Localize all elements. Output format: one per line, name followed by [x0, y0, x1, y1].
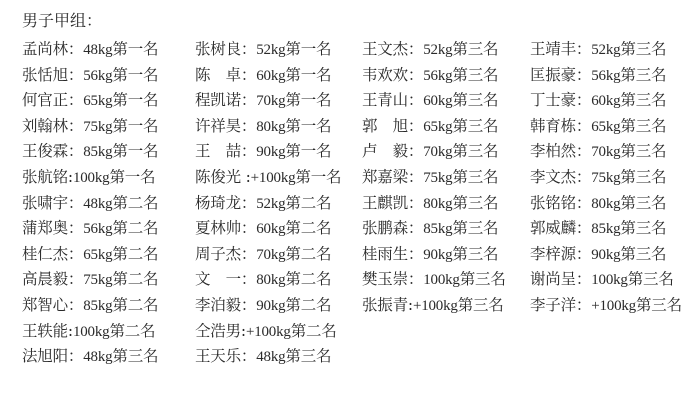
placement: 第二名: [285, 245, 331, 263]
result-entry: 陈俊光 :+100kg第一名: [195, 165, 341, 190]
athlete-name: 张鹏森: [362, 219, 408, 237]
athlete-name: 郑智心: [22, 296, 68, 314]
separator: ：: [576, 117, 591, 135]
weight-class: 48kg: [83, 42, 112, 58]
result-entry: 卢 毅：70kg第三名: [362, 139, 498, 164]
separator: ：: [408, 219, 423, 237]
separator: ：: [68, 194, 83, 212]
weight-class: 56kg: [423, 68, 452, 84]
results-row: 高晨毅：75kg第二名 文 一：80kg第二名 樊玉崇：100kg第三名 谢尚呈…: [0, 267, 700, 293]
placement: 第三名: [620, 219, 666, 237]
weight-class: 70kg: [256, 247, 285, 263]
placement: 第三名: [452, 245, 498, 263]
result-entry: 王轶能:100kg第二名: [22, 319, 155, 344]
separator: ：: [241, 142, 256, 160]
weight-class: 90kg: [256, 144, 285, 160]
results-row: 张恬旭：56kg第一名 陈 卓：60kg第一名 韦欢欢：56kg第三名 匡振豪：…: [0, 63, 700, 89]
placement: 第三名: [460, 270, 506, 288]
separator: ：: [408, 66, 423, 84]
weight-class: 75kg: [591, 170, 620, 186]
athlete-name: 王文杰: [362, 40, 408, 58]
weight-class: 60kg: [256, 68, 285, 84]
separator: ：: [576, 219, 591, 237]
athlete-name: 李子洋: [530, 296, 576, 314]
result-entry: 何官正：65kg第一名: [22, 88, 158, 113]
placement: 第一名: [295, 168, 341, 186]
result-entry: 郭 旭：65kg第三名: [362, 114, 498, 139]
athlete-name: 桂仁杰: [22, 245, 68, 263]
weight-class: 60kg: [591, 93, 620, 109]
separator: ：: [408, 270, 423, 288]
weight-class: 85kg: [423, 221, 452, 237]
separator: ：: [576, 40, 591, 58]
weight-class: 60kg: [423, 93, 452, 109]
athlete-name: 匡振豪: [530, 66, 576, 84]
weight-class: 48kg: [83, 349, 112, 365]
results-row: 何官正：65kg第一名 程凯诺：70kg第一名 王青山：60kg第三名 丁士豪：…: [0, 88, 700, 114]
placement: 第二名: [112, 245, 158, 263]
athlete-name: 王轶能: [22, 322, 68, 340]
result-entry: 法旭阳：48kg第三名: [22, 344, 158, 369]
result-entry: 张振青:+100kg第三名: [362, 293, 504, 318]
weight-class: +100kg: [591, 298, 636, 314]
results-row: 王轶能:100kg第二名 仝浩男:+100kg第二名: [0, 319, 700, 345]
result-entry: 仝浩男:+100kg第二名: [195, 319, 337, 344]
result-entry: 张铭铭：80kg第三名: [530, 191, 666, 216]
athlete-name: 蒲郑奥: [22, 219, 68, 237]
athlete-name: 法旭阳: [22, 347, 68, 365]
result-entry: 孟尚林：48kg第一名: [22, 37, 158, 62]
placement: 第二名: [285, 270, 331, 288]
result-entry: 李子洋：+100kg第三名: [530, 293, 682, 318]
placement: 第三名: [628, 270, 674, 288]
weight-class: 80kg: [256, 272, 285, 288]
athlete-name: 杨琦龙: [195, 194, 241, 212]
athlete-name: 韦欢欢: [362, 66, 408, 84]
athlete-name: 刘翰林: [22, 117, 68, 135]
athlete-name: 张树良: [195, 40, 241, 58]
athlete-name: 仝浩男: [195, 322, 241, 340]
placement: 第三名: [620, 117, 666, 135]
separator: ：: [576, 296, 591, 314]
weight-class: 52kg: [423, 42, 452, 58]
result-entry: 夏林帅：60kg第二名: [195, 216, 331, 241]
result-entry: 丁士豪：60kg第三名: [530, 88, 666, 113]
weight-class: 85kg: [83, 144, 112, 160]
weight-class: 52kg: [256, 42, 285, 58]
result-entry: 桂雨生：90kg第三名: [362, 242, 498, 267]
result-entry: 樊玉崇：100kg第三名: [362, 267, 506, 292]
placement: 第三名: [620, 168, 666, 186]
placement: 第三名: [620, 245, 666, 263]
result-entry: 王麒凯：80kg第三名: [362, 191, 498, 216]
result-entry: 王靖丰：52kg第三名: [530, 37, 666, 62]
separator: ：: [576, 142, 591, 160]
athlete-name: 张铭铭: [530, 194, 576, 212]
separator: ：: [68, 245, 83, 263]
athlete-name: 陈 卓: [195, 66, 241, 84]
separator: ：: [68, 347, 83, 365]
result-entry: 李泊毅：90kg第二名: [195, 293, 331, 318]
placement: 第二名: [285, 296, 331, 314]
separator: ：: [68, 219, 83, 237]
placement: 第三名: [620, 40, 666, 58]
placement: 第三名: [620, 194, 666, 212]
result-entry: 郑嘉梁：75kg第三名: [362, 165, 498, 190]
result-entry: 杨琦龙：52kg第二名: [195, 191, 331, 216]
athlete-name: 张啸宇: [22, 194, 68, 212]
weight-class: 48kg: [256, 349, 285, 365]
separator: ：: [576, 270, 591, 288]
weight-class: 85kg: [83, 298, 112, 314]
separator: ：: [241, 219, 256, 237]
athlete-name: 许祥昊: [195, 117, 241, 135]
placement: 第三名: [636, 296, 682, 314]
results-row: 郑智心：85kg第二名 李泊毅：90kg第二名 张振青:+100kg第三名 李子…: [0, 293, 700, 319]
results-row: 孟尚林：48kg第一名 张树良：52kg第一名 王文杰：52kg第三名 王靖丰：…: [0, 37, 700, 63]
result-entry: 张恬旭：56kg第一名: [22, 63, 158, 88]
placement: 第三名: [620, 66, 666, 84]
result-entry: 匡振豪：56kg第三名: [530, 63, 666, 88]
results-row: 桂仁杰：65kg第二名 周子杰：70kg第二名 桂雨生：90kg第三名 李梓源：…: [0, 242, 700, 268]
result-entry: 郭威麟：85kg第三名: [530, 216, 666, 241]
result-entry: 王 喆：90kg第一名: [195, 139, 331, 164]
separator: ：: [408, 194, 423, 212]
separator: ：: [241, 194, 256, 212]
athlete-name: 高晨毅: [22, 270, 68, 288]
separator: ：: [408, 168, 423, 186]
weight-class: 75kg: [83, 119, 112, 135]
results-document: 男子甲组： 孟尚林：48kg第一名 张树良：52kg第一名 王文杰：52kg第三…: [0, 0, 700, 394]
athlete-name: 张恬旭: [22, 66, 68, 84]
result-entry: 王天乐：48kg第三名: [195, 344, 331, 369]
athlete-name: 王俊霖: [22, 142, 68, 160]
results-grid: 孟尚林：48kg第一名 张树良：52kg第一名 王文杰：52kg第三名 王靖丰：…: [0, 37, 700, 370]
result-entry: 韩育栋：65kg第三名: [530, 114, 666, 139]
result-entry: 王青山：60kg第三名: [362, 88, 498, 113]
result-entry: 文 一：80kg第二名: [195, 267, 331, 292]
result-entry: 许祥昊：80kg第一名: [195, 114, 331, 139]
placement: 第一名: [112, 40, 158, 58]
separator: ：: [408, 40, 423, 58]
separator: ：: [241, 296, 256, 314]
athlete-name: 郭威麟: [530, 219, 576, 237]
placement: 第一名: [285, 142, 331, 160]
athlete-name: 周子杰: [195, 245, 241, 263]
separator: ：: [241, 270, 256, 288]
athlete-name: 韩育栋: [530, 117, 576, 135]
separator: ：: [576, 91, 591, 109]
separator: ：: [241, 40, 256, 58]
athlete-name: 樊玉崇: [362, 270, 408, 288]
separator: ：: [241, 245, 256, 263]
athlete-name: 王 喆: [195, 142, 241, 160]
weight-class: 56kg: [83, 68, 112, 84]
separator: ：: [68, 296, 83, 314]
results-row: 张航铭:100kg第一名 陈俊光 :+100kg第一名 郑嘉梁：75kg第三名 …: [0, 165, 700, 191]
placement: 第三名: [452, 194, 498, 212]
athlete-name: 王麒凯: [362, 194, 408, 212]
separator: ：: [68, 270, 83, 288]
placement: 第三名: [285, 347, 331, 365]
athlete-name: 陈俊光: [195, 168, 241, 186]
placement: 第三名: [620, 91, 666, 109]
athlete-name: 谢尚呈: [530, 270, 576, 288]
separator: ：: [576, 168, 591, 186]
weight-class: 85kg: [591, 221, 620, 237]
separator: ：: [68, 91, 83, 109]
result-entry: 李梓源：90kg第三名: [530, 242, 666, 267]
placement: 第一名: [112, 66, 158, 84]
athlete-name: 王青山: [362, 91, 408, 109]
weight-class: 90kg: [591, 247, 620, 263]
placement: 第三名: [458, 296, 504, 314]
result-entry: 韦欢欢：56kg第三名: [362, 63, 498, 88]
placement: 第二名: [291, 322, 337, 340]
placement: 第三名: [112, 347, 158, 365]
result-entry: 王文杰：52kg第三名: [362, 37, 498, 62]
weight-class: 65kg: [83, 93, 112, 109]
result-entry: 周子杰：70kg第二名: [195, 242, 331, 267]
weight-class: 56kg: [83, 221, 112, 237]
weight-class: 100kg: [73, 324, 110, 340]
placement: 第三名: [452, 117, 498, 135]
placement: 第三名: [452, 40, 498, 58]
athlete-name: 桂雨生: [362, 245, 408, 263]
athlete-name: 李文杰: [530, 168, 576, 186]
placement: 第三名: [452, 142, 498, 160]
weight-class: 65kg: [83, 247, 112, 263]
weight-class: 90kg: [423, 247, 452, 263]
result-entry: 陈 卓：60kg第一名: [195, 63, 331, 88]
weight-class: 80kg: [591, 196, 620, 212]
weight-class: +100kg: [413, 298, 458, 314]
separator: ：: [408, 91, 423, 109]
result-entry: 张啸宇：48kg第二名: [22, 191, 158, 216]
weight-class: 48kg: [83, 196, 112, 212]
weight-class: 65kg: [423, 119, 452, 135]
placement: 第一名: [112, 142, 158, 160]
athlete-name: 张航铭: [22, 168, 68, 186]
results-row: 法旭阳：48kg第三名 王天乐：48kg第三名: [0, 344, 700, 370]
athlete-name: 何官正: [22, 91, 68, 109]
weight-class: 80kg: [423, 196, 452, 212]
weight-class: 75kg: [423, 170, 452, 186]
weight-class: 90kg: [256, 298, 285, 314]
result-entry: 王俊霖：85kg第一名: [22, 139, 158, 164]
weight-class: 70kg: [256, 93, 285, 109]
result-entry: 蒲郑奥：56kg第二名: [22, 216, 158, 241]
result-entry: 张航铭:100kg第一名: [22, 165, 155, 190]
athlete-name: 张振青: [362, 296, 408, 314]
results-row: 蒲郑奥：56kg第二名 夏林帅：60kg第二名 张鹏森：85kg第三名 郭威麟：…: [0, 216, 700, 242]
athlete-name: 郑嘉梁: [362, 168, 408, 186]
placement: 第一名: [285, 40, 331, 58]
placement: 第三名: [452, 168, 498, 186]
placement: 第一名: [285, 91, 331, 109]
placement: 第二名: [112, 194, 158, 212]
weight-class: 100kg: [591, 272, 628, 288]
athlete-name: 李柏然: [530, 142, 576, 160]
placement: 第三名: [452, 219, 498, 237]
athlete-name: 夏林帅: [195, 219, 241, 237]
group-title: 男子甲组：: [22, 10, 102, 32]
separator: ：: [408, 142, 423, 160]
weight-class: 75kg: [83, 272, 112, 288]
result-entry: 刘翰林：75kg第一名: [22, 114, 158, 139]
placement: 第二名: [112, 219, 158, 237]
placement: 第二名: [112, 296, 158, 314]
placement: 第二名: [285, 219, 331, 237]
athlete-name: 程凯诺: [195, 91, 241, 109]
result-entry: 李文杰：75kg第三名: [530, 165, 666, 190]
result-entry: 高晨毅：75kg第二名: [22, 267, 158, 292]
athlete-name: 丁士豪: [530, 91, 576, 109]
separator: ：: [68, 117, 83, 135]
separator: ：: [68, 40, 83, 58]
placement: 第三名: [452, 66, 498, 84]
athlete-name: 李泊毅: [195, 296, 241, 314]
separator: ：: [408, 117, 423, 135]
separator: ：: [241, 66, 256, 84]
athlete-name: 文 一: [195, 270, 241, 288]
separator: ：: [68, 142, 83, 160]
separator: ：: [408, 245, 423, 263]
result-entry: 张鹏森：85kg第三名: [362, 216, 498, 241]
weight-class: 56kg: [591, 68, 620, 84]
athlete-name: 卢 毅: [362, 142, 408, 160]
result-entry: 桂仁杰：65kg第二名: [22, 242, 158, 267]
results-row: 张啸宇：48kg第二名 杨琦龙：52kg第二名 王麒凯：80kg第三名 张铭铭：…: [0, 191, 700, 217]
weight-class: 52kg: [591, 42, 620, 58]
weight-class: 65kg: [591, 119, 620, 135]
weight-class: 52kg: [256, 196, 285, 212]
athlete-name: 李梓源: [530, 245, 576, 263]
placement: 第三名: [452, 91, 498, 109]
separator: ：: [576, 66, 591, 84]
weight-class: +100kg: [246, 324, 291, 340]
athlete-name: 王天乐: [195, 347, 241, 365]
weight-class: 80kg: [256, 119, 285, 135]
athlete-name: 郭 旭: [362, 117, 408, 135]
placement: 第二名: [112, 270, 158, 288]
weight-class: +100kg: [251, 170, 296, 186]
separator: :: [241, 168, 251, 186]
separator: ：: [576, 245, 591, 263]
placement: 第一名: [285, 66, 331, 84]
placement: 第一名: [112, 91, 158, 109]
weight-class: 60kg: [256, 221, 285, 237]
results-row: 刘翰林：75kg第一名 许祥昊：80kg第一名 郭 旭：65kg第三名 韩育栋：…: [0, 114, 700, 140]
result-entry: 谢尚呈：100kg第三名: [530, 267, 674, 292]
separator: ：: [241, 91, 256, 109]
placement: 第一名: [112, 117, 158, 135]
results-row: 王俊霖：85kg第一名 王 喆：90kg第一名 卢 毅：70kg第三名 李柏然：…: [0, 139, 700, 165]
athlete-name: 孟尚林: [22, 40, 68, 58]
separator: ：: [241, 117, 256, 135]
placement: 第一名: [285, 117, 331, 135]
weight-class: 70kg: [591, 144, 620, 160]
weight-class: 70kg: [423, 144, 452, 160]
result-entry: 程凯诺：70kg第一名: [195, 88, 331, 113]
separator: ：: [576, 194, 591, 212]
result-entry: 郑智心：85kg第二名: [22, 293, 158, 318]
separator: ：: [68, 66, 83, 84]
placement: 第三名: [620, 142, 666, 160]
placement: 第一名: [109, 168, 155, 186]
weight-class: 100kg: [73, 170, 110, 186]
placement: 第二名: [109, 322, 155, 340]
athlete-name: 王靖丰: [530, 40, 576, 58]
result-entry: 李柏然：70kg第三名: [530, 139, 666, 164]
weight-class: 100kg: [423, 272, 460, 288]
separator: ：: [241, 347, 256, 365]
placement: 第二名: [285, 194, 331, 212]
result-entry: 张树良：52kg第一名: [195, 37, 331, 62]
